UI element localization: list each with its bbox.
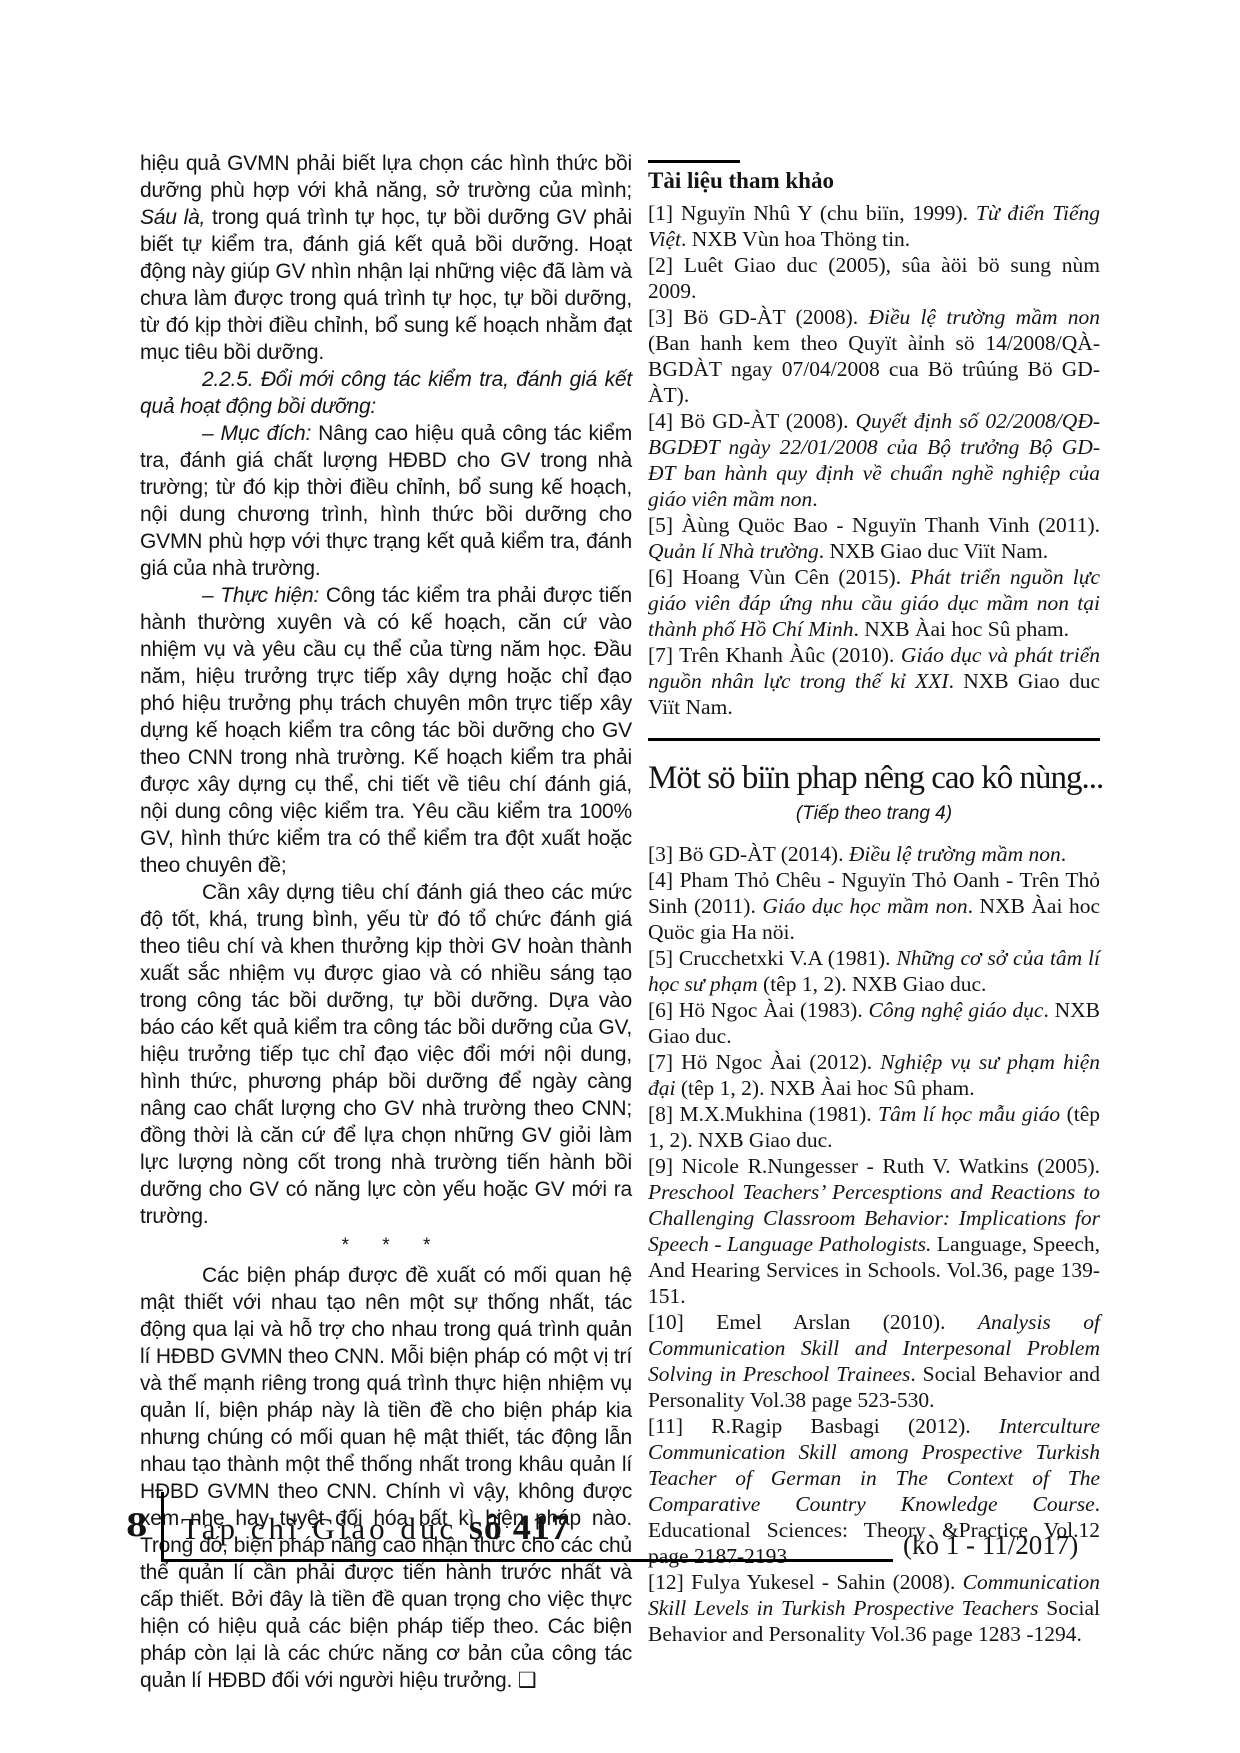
right-column: Tài liệu tham khảo [1] Nguyïn Nhû Y (chu… bbox=[648, 148, 1100, 1647]
reference-item: [3] Bö GD-ÀT (2008). Điều lệ trường mầm … bbox=[648, 304, 1100, 408]
edition-note: (kò 1 - 11/2017) bbox=[903, 1530, 1078, 1561]
body-paragraph: 2.2.5. Đổi mới công tác kiểm tra, đánh g… bbox=[140, 366, 632, 420]
reference-item: [2] Luêt Giao duc (2005), sûa àöi bö sun… bbox=[648, 252, 1100, 304]
reference-item: [10] Emel Arslan (2010). Analysis of Com… bbox=[648, 1309, 1100, 1413]
reference-item: [8] M.X.Mukhina (1981). Tâm lí học mẫu g… bbox=[648, 1101, 1100, 1153]
issue-number: số 417 bbox=[469, 1507, 570, 1547]
footer-rule bbox=[161, 1559, 893, 1562]
body-paragraph: Cần xây dựng tiêu chí đánh giá theo các … bbox=[140, 879, 632, 1230]
left-column: hiệu quả GVMN phải biết lựa chọn các hìn… bbox=[140, 150, 632, 1694]
reference-item: [6] Hö Ngoc Àai (1983). Công nghệ giáo d… bbox=[648, 997, 1100, 1049]
reference-item: [3] Bö GD-ÀT (2014). Điều lệ trường mầm … bbox=[648, 841, 1100, 867]
body-paragraph: hiệu quả GVMN phải biết lựa chọn các hìn… bbox=[140, 150, 632, 366]
reference-item: [5] Àùng Quöc Bao - Nguyïn Thanh Vinh (2… bbox=[648, 512, 1100, 564]
reference-item: [4] Pham Thỏ Chêu - Nguyïn Thỏ Oanh - Tr… bbox=[648, 867, 1100, 945]
body-paragraph: Các biện pháp được đề xuất có mối quan h… bbox=[140, 1262, 632, 1694]
body-paragraph: – Mục đích: Nâng cao hiệu quả công tác k… bbox=[140, 420, 632, 582]
references-heading: Tài liệu tham khảo bbox=[648, 168, 1100, 194]
references-top-rule bbox=[648, 160, 740, 163]
footer-vertical-bar bbox=[161, 1492, 164, 1562]
reference-item: [12] Fulya Yukesel - Sahin (2008). Commu… bbox=[648, 1569, 1100, 1647]
references-list: [1] Nguyïn Nhû Y (chu biïn, 1999). Từ đi… bbox=[648, 200, 1100, 720]
body-paragraph: * * * bbox=[140, 1230, 632, 1262]
reference-item: [9] Nicole R.Nungesser - Ruth V. Watkins… bbox=[648, 1153, 1100, 1309]
reference-item: [7] Hö Ngoc Àai (2012). Nghiệp vụ sư phạ… bbox=[648, 1049, 1100, 1101]
reference-item: [6] Hoang Vùn Cên (2015). Phát triển ngu… bbox=[648, 564, 1100, 642]
journal-page: hiệu quả GVMN phải biết lựa chọn các hìn… bbox=[0, 0, 1240, 1753]
journal-name: Tap chĩ Giao duc số 417 bbox=[181, 1506, 570, 1548]
body-paragraph: – Thực hiện: Công tác kiểm tra phải được… bbox=[140, 582, 632, 879]
reference-item: [7] Trên Khanh Àûc (2010). Giáo dục và p… bbox=[648, 642, 1100, 720]
journal-name-text: Tap chĩ Giao duc bbox=[181, 1511, 457, 1546]
page-number: 8 bbox=[126, 1508, 148, 1544]
continued-from-note: (Tiếp theo trang 4) bbox=[648, 803, 1100, 825]
reference-item: [4] Bö GD-ÀT (2008). Quyết định số 02/20… bbox=[648, 408, 1100, 512]
continued-references-list: [3] Bö GD-ÀT (2014). Điều lệ trường mầm … bbox=[648, 841, 1100, 1647]
reference-item: [1] Nguyïn Nhû Y (chu biïn, 1999). Từ đi… bbox=[648, 200, 1100, 252]
continued-article-title: Möt sö biïn phap nêng cao kô nùng... bbox=[648, 758, 1100, 798]
reference-item: [5] Crucchetxki V.A (1981). Những cơ sở … bbox=[648, 945, 1100, 997]
section-divider-rule bbox=[648, 738, 1100, 741]
